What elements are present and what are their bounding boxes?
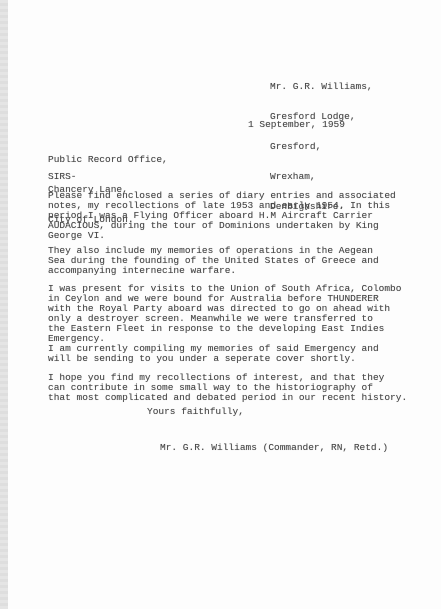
sender-address-line: Wrexham, [270, 172, 373, 182]
closing-valediction: Yours faithfully, [147, 407, 244, 417]
signature-line: Mr. G.R. Williams (Commander, RN, Retd.) [160, 443, 388, 453]
letter-paper: Mr. G.R. Williams, Gresford Lodge, Gresf… [0, 0, 441, 609]
scanned-letter-page: Mr. G.R. Williams, Gresford Lodge, Gresf… [0, 0, 441, 609]
sender-address-line: Gresford, [270, 142, 373, 152]
body-paragraph-5: I hope you find my recollections of inte… [48, 373, 407, 403]
recipient-address-line: Public Record Office, [48, 155, 168, 165]
salutation: SIRS- [48, 172, 77, 182]
body-paragraph-1: Please find enclosed a series of diary e… [48, 191, 396, 241]
body-paragraph-3: I was present for visits to the Union of… [48, 284, 401, 344]
letter-date: 1 September, 1959 [248, 120, 345, 130]
sender-address-line: Mr. G.R. Williams, [270, 82, 373, 92]
scan-edge-strip [0, 0, 8, 609]
body-paragraph-4: I am currently compiling my memories of … [48, 344, 379, 364]
body-paragraph-2: They also include my memories of operati… [48, 246, 379, 276]
